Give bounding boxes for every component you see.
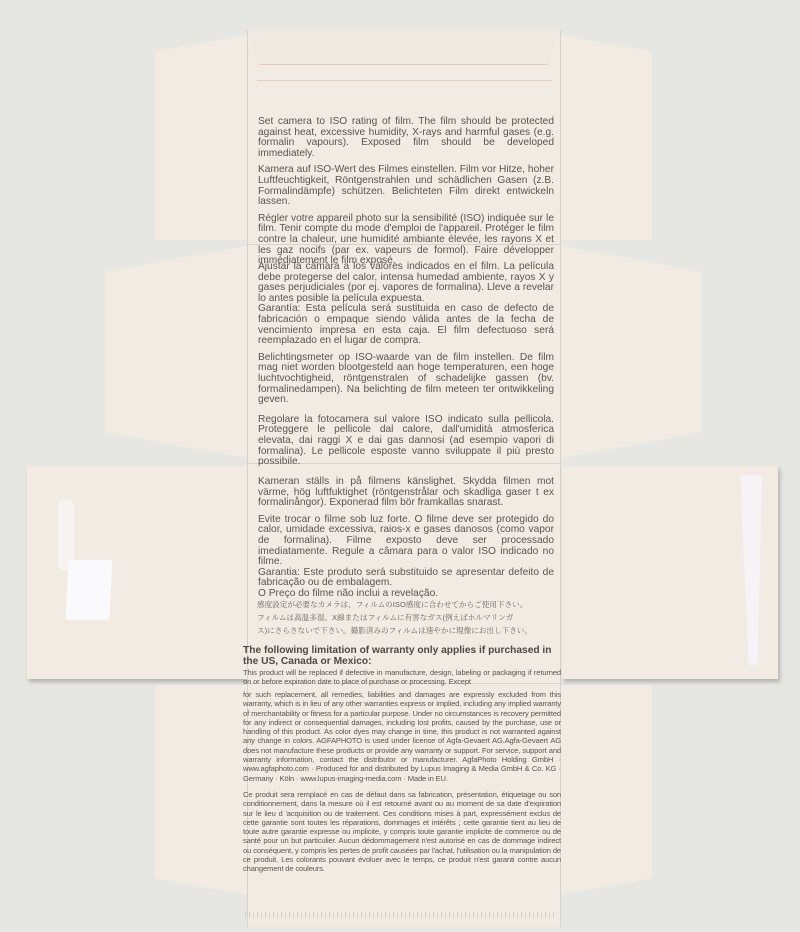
glue-residue-left xyxy=(65,560,112,620)
left-glue-flap xyxy=(27,466,247,679)
instruction-it: Regolare la fotocamera sul valore ISO in… xyxy=(258,415,554,468)
top-left-dust-flap xyxy=(155,35,247,240)
instructions-japanese: 感度設定が必要なカメラは、フィルムのISO感度に合わせてからご使用下さい。 フィ… xyxy=(257,598,557,637)
instruction-de: Kamera auf ISO-Wert des Filmes einstelle… xyxy=(258,165,554,207)
warranty-pt: Garantia: Este produto será substituido … xyxy=(258,568,554,589)
instructions-panel-3: Kameran ställs in på filmens känslighet.… xyxy=(258,477,554,606)
bottom-right-dust-flap xyxy=(560,685,652,895)
instruction-ja-line-3: ス)にさらさないで下さい。撮影済みのフィルムは速やかに現像にお出し下さい。 xyxy=(257,624,557,637)
instructions-panel-2: Ajustar la cámara a los valores indicado… xyxy=(258,262,554,474)
instruction-nl: Belichtingsmeter op ISO-waarde van de fi… xyxy=(258,353,554,406)
middle-left-flap xyxy=(105,246,247,458)
bottom-left-dust-flap xyxy=(155,685,247,895)
middle-right-flap xyxy=(562,246,702,458)
warranty-us-heading: The following limitation of warranty onl… xyxy=(243,645,561,667)
instructions-panel-1: Set camera to ISO rating of film. The fi… xyxy=(258,117,554,273)
tuck-fold-line xyxy=(257,80,552,81)
warranty-us-body: for such replacement, all remedies, liab… xyxy=(243,690,561,783)
top-tuck-flap xyxy=(247,30,560,65)
warranty-fr: Ce produit sera remplacé en cas de défau… xyxy=(243,790,561,874)
warranty-us-intro-text: This product will be replaced if defecti… xyxy=(243,668,561,687)
instruction-en: Set camera to ISO rating of film. The fi… xyxy=(258,117,554,159)
instruction-pt: Evite trocar o filme sob luz forte. O fi… xyxy=(258,515,554,568)
instruction-ja-line-1: 感度設定が必要なカメラは、フィルムのISO感度に合わせてからご使用下さい。 xyxy=(257,598,557,611)
warranty-panel-4: for such replacement, all remedies, liab… xyxy=(243,690,561,881)
perforated-edge xyxy=(245,912,557,918)
instruction-ja-line-2: フィルムは高温多湿、X線またはフィルムに有害なガス(例えばホルマリンガ xyxy=(257,611,557,624)
instruction-sv: Kameran ställs in på filmens känslighet.… xyxy=(258,477,554,509)
top-right-dust-flap xyxy=(560,35,652,240)
instruction-es: Ajustar la cámara a los valores indicado… xyxy=(258,262,554,304)
warranty-es: Garantía: Esta película será sustituida … xyxy=(258,304,554,346)
instruction-fr: Régler votre appareil photo sur la sensi… xyxy=(258,214,554,267)
